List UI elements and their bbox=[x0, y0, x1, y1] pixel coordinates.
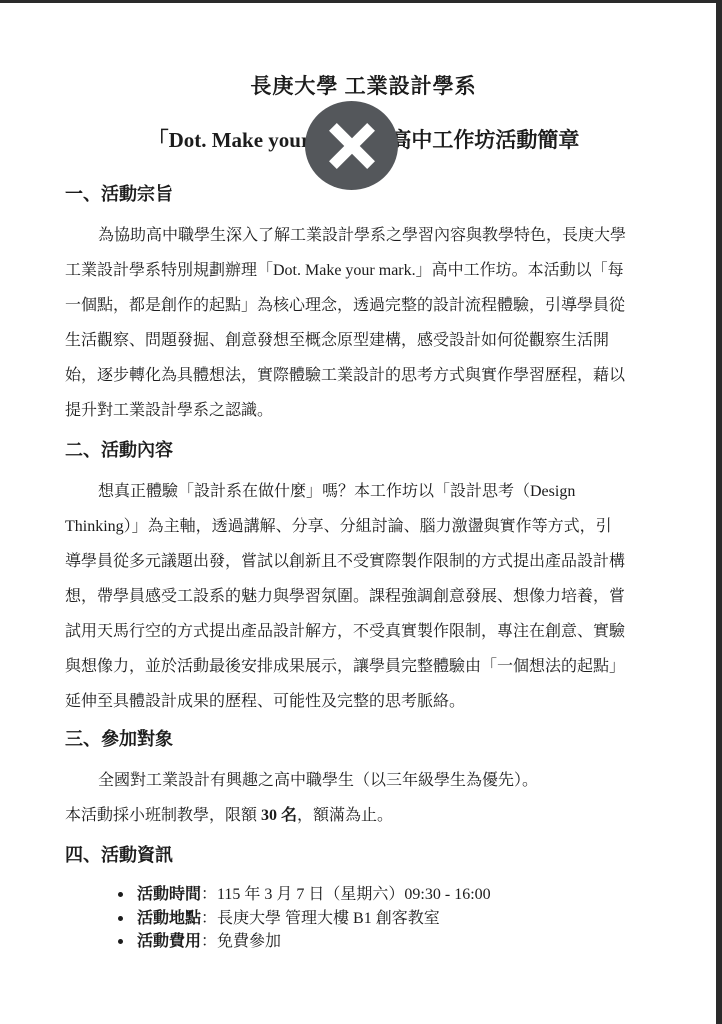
paragraph-line: 延伸至具體設計成果的歷程、可能性及完整的思考脈絡。 bbox=[65, 684, 662, 719]
bullet-item: 活動時間：115 年 3 月 7 日（星期六）09:30 - 16:00 bbox=[65, 883, 662, 907]
body-text: Thinking）」為主軸，透過講解、分享、分組討論、腦力激盪與實作等方式，引 bbox=[65, 518, 612, 535]
section-heading-info: 四、活動資訊 bbox=[65, 843, 662, 867]
page-right-edge bbox=[716, 0, 722, 1024]
paragraph-line: 全國對工業設計有興趣之高中職學生（以三年級學生為優先）。 bbox=[65, 763, 662, 798]
paragraph-line: 工業設計學系特別規劃辦理「Dot. Make your mark.」高中工作坊。… bbox=[65, 253, 662, 288]
bullet-item: 活動費用：免費參加 bbox=[65, 930, 662, 954]
paragraph-line: 與想像力，並於活動最後安排成果展示，讓學員完整體驗由「一個想法的起點」 bbox=[65, 649, 662, 684]
body-text: 想，帶學員感受工設系的魅力與學習氛圍。課程強調創意發展、想像力培養，嘗 bbox=[65, 588, 625, 605]
body-text: 生活觀察、問題發掘、創意發想至概念原型建構，感受設計如何從觀察生活開 bbox=[65, 332, 609, 349]
paragraph-line: 試用天馬行空的方式提出產品設計解方，不受真實製作限制，專注在創意、實驗 bbox=[65, 614, 662, 649]
body-text: 提升對工業設計學系之認識。 bbox=[65, 402, 273, 419]
paragraph-line: 想真正體驗「設計系在做什麼」嗎？本工作坊以「設計思考（Design bbox=[65, 474, 662, 509]
bullet-list: 活動時間：115 年 3 月 7 日（星期六）09:30 - 16:00活動地點… bbox=[65, 883, 662, 954]
body-text: 本活動採小班制教學，限額 bbox=[65, 807, 261, 824]
paragraph-content: 想真正體驗「設計系在做什麼」嗎？本工作坊以「設計思考（DesignThinkin… bbox=[65, 474, 662, 719]
body-text: 為協助高中職學生深入了解工業設計學系之學習內容與教學特色，長庚大學 bbox=[98, 227, 626, 244]
bullet-text: ：115 年 3 月 7 日（星期六）09:30 - 16:00 bbox=[201, 886, 491, 903]
section-audience: 三、參加對象全國對工業設計有興趣之高中職學生（以三年級學生為優先）。本活動採小班… bbox=[65, 727, 662, 833]
bullet-dot-icon bbox=[118, 892, 123, 897]
body-text: 工業設計學系特別規劃辦理「Dot. Make your mark.」高中工作坊。… bbox=[65, 262, 624, 279]
document-title: 長庚大學 工業設計學系 bbox=[65, 73, 662, 99]
body-text: 延伸至具體設計成果的歷程、可能性及完整的思考脈絡。 bbox=[65, 693, 465, 710]
sections: 一、活動宗旨為協助高中職學生深入了解工業設計學系之學習內容與教學特色，長庚大學工… bbox=[65, 182, 662, 954]
bullet-label: 活動地點 bbox=[137, 910, 201, 927]
paragraph-line: 提升對工業設計學系之認識。 bbox=[65, 393, 662, 428]
bullet-label: 活動時間 bbox=[137, 886, 201, 903]
close-overlay-button[interactable] bbox=[305, 101, 398, 190]
bullet-dot-icon bbox=[118, 939, 123, 944]
body-text: ，額滿為止。 bbox=[297, 807, 393, 824]
paragraph-line: Thinking）」為主軸，透過講解、分享、分組討論、腦力激盪與實作等方式，引 bbox=[65, 509, 662, 544]
body-text: 全國對工業設計有興趣之高中職學生（以三年級學生為優先）。 bbox=[98, 772, 538, 789]
bullet-label: 活動費用 bbox=[137, 933, 201, 950]
paragraph-line: 生活觀察、問題發掘、創意發想至概念原型建構，感受設計如何從觀察生活開 bbox=[65, 323, 662, 358]
body-text: 試用天馬行空的方式提出產品設計解方，不受真實製作限制，專注在創意、實驗 bbox=[65, 623, 625, 640]
paragraph-purpose: 為協助高中職學生深入了解工業設計學系之學習內容與教學特色，長庚大學工業設計學系特… bbox=[65, 218, 662, 428]
paragraph-audience: 全國對工業設計有興趣之高中職學生（以三年級學生為優先）。本活動採小班制教學，限額… bbox=[65, 763, 662, 833]
paragraph-line: 本活動採小班制教學，限額 30 名，額滿為止。 bbox=[65, 798, 662, 833]
body-text: 始，逐步轉化為具體想法，實際體驗工業設計的思考方式與實作學習歷程，藉以 bbox=[65, 367, 625, 384]
paragraph-line: 導學員從多元議題出發，嘗試以創新且不受實際製作限制的方式提出產品設計構 bbox=[65, 544, 662, 579]
paragraph-line: 為協助高中職學生深入了解工業設計學系之學習內容與教學特色，長庚大學 bbox=[65, 218, 662, 253]
section-content: 二、活動內容想真正體驗「設計系在做什麼」嗎？本工作坊以「設計思考（DesignT… bbox=[65, 438, 662, 719]
paragraph-line: 始，逐步轉化為具體想法，實際體驗工業設計的思考方式與實作學習歷程，藉以 bbox=[65, 358, 662, 393]
emphasized-text: 30 名 bbox=[261, 807, 297, 824]
paragraph-line: 想，帶學員感受工設系的魅力與學習氛圍。課程強調創意發展、想像力培養，嘗 bbox=[65, 579, 662, 614]
section-heading-audience: 三、參加對象 bbox=[65, 727, 662, 751]
section-info: 四、活動資訊活動時間：115 年 3 月 7 日（星期六）09:30 - 16:… bbox=[65, 843, 662, 954]
body-text: 一個點，都是創作的起點」為核心理念，透過完整的設計流程體驗，引導學員從 bbox=[65, 297, 625, 314]
body-text: 與想像力，並於活動最後安排成果展示，讓學員完整體驗由「一個想法的起點」 bbox=[65, 658, 625, 675]
section-purpose: 一、活動宗旨為協助高中職學生深入了解工業設計學系之學習內容與教學特色，長庚大學工… bbox=[65, 182, 662, 428]
body-text: 想真正體驗「設計系在做什麼」嗎？本工作坊以「設計思考（Design bbox=[98, 483, 575, 500]
section-heading-content: 二、活動內容 bbox=[65, 438, 662, 462]
bullet-text: ：免費參加 bbox=[201, 933, 281, 950]
paragraph-line: 一個點，都是創作的起點」為核心理念，透過完整的設計流程體驗，引導學員從 bbox=[65, 288, 662, 323]
bullet-dot-icon bbox=[118, 916, 123, 921]
bullet-item: 活動地點：長庚大學 管理大樓 B1 創客教室 bbox=[65, 907, 662, 931]
bullet-text: ：長庚大學 管理大樓 B1 創客教室 bbox=[201, 910, 440, 927]
body-text: 導學員從多元議題出發，嘗試以創新且不受實際製作限制的方式提出產品設計構 bbox=[65, 553, 625, 570]
document-page: 長庚大學 工業設計學系 「Dot. Make your mark.」高中工作坊活… bbox=[0, 0, 722, 1024]
